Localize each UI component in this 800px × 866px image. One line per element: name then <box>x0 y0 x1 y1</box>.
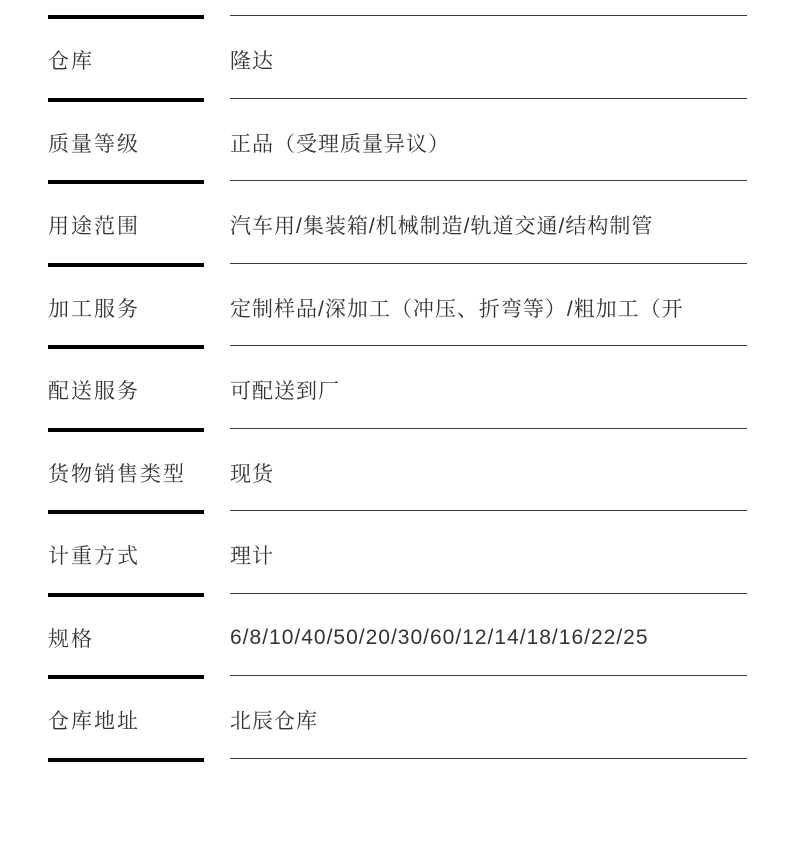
spec-value-processing-service: 定制样品/深加工（冲压、折弯等）/粗加工（开 <box>230 263 747 346</box>
spec-label-usage-scope: 用途范围 <box>48 180 204 263</box>
bottom-rule-light <box>230 758 747 759</box>
spec-value-quality-grade: 正品（受理质量异议） <box>230 98 747 181</box>
spec-row-weighing-method: 计重方式 理计 <box>0 510 800 593</box>
spec-label-delivery-service: 配送服务 <box>48 345 204 428</box>
spec-label-sales-type: 货物销售类型 <box>48 428 204 511</box>
spec-value-specification: 6/8/10/40/50/20/30/60/12/14/18/16/22/25 <box>230 593 747 676</box>
spec-row-warehouse-address: 仓库地址 北辰仓库 <box>0 675 800 758</box>
spec-value-warehouse-address: 北辰仓库 <box>230 675 747 758</box>
spec-label-quality-grade: 质量等级 <box>48 98 204 181</box>
spec-row-sales-type: 货物销售类型 现货 <box>0 428 800 511</box>
spec-row-usage-scope: 用途范围 汽车用/集装箱/机械制造/轨道交通/结构制管 <box>0 180 800 263</box>
spec-label-specification: 规格 <box>48 593 204 676</box>
spec-label-weighing-method: 计重方式 <box>48 510 204 593</box>
spec-value-delivery-service: 可配送到厂 <box>230 345 747 428</box>
spec-row-delivery-service: 配送服务 可配送到厂 <box>0 345 800 428</box>
spec-row-quality-grade: 质量等级 正品（受理质量异议） <box>0 98 800 181</box>
spec-value-sales-type: 现货 <box>230 428 747 511</box>
spec-label-warehouse-address: 仓库地址 <box>48 675 204 758</box>
spec-label-processing-service: 加工服务 <box>48 263 204 346</box>
spec-row-warehouse: 仓库 隆达 <box>0 15 800 98</box>
spec-row-processing-service: 加工服务 定制样品/深加工（冲压、折弯等）/粗加工（开 <box>0 263 800 346</box>
spec-label-warehouse: 仓库 <box>48 15 204 98</box>
spec-value-usage-scope: 汽车用/集装箱/机械制造/轨道交通/结构制管 <box>230 180 747 263</box>
product-spec-table: 仓库 隆达 质量等级 正品（受理质量异议） 用途范围 汽车用/集装箱/机械制造/… <box>0 0 800 758</box>
spec-row-specification: 规格 6/8/10/40/50/20/30/60/12/14/18/16/22/… <box>0 593 800 676</box>
bottom-rule-heavy <box>48 758 204 762</box>
spec-value-weighing-method: 理计 <box>230 510 747 593</box>
spec-value-warehouse: 隆达 <box>230 15 747 98</box>
